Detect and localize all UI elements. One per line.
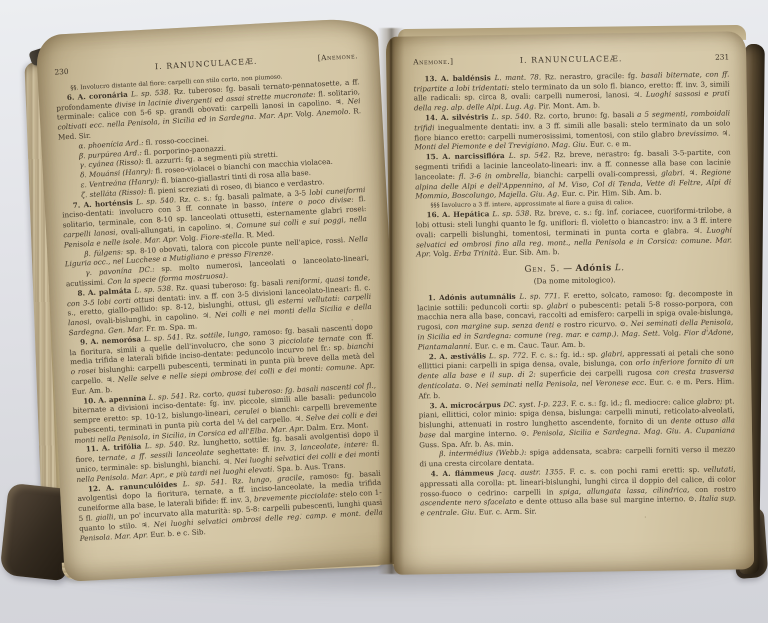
book-gutter: [378, 28, 404, 574]
right-page-content: Anemone.] I. RANUNCULACEÆ. 231 13. A. ba…: [413, 52, 737, 568]
gutter-crack: [390, 39, 392, 563]
right-page: Anemone.] I. RANUNCULACEÆ. 231 13. A. ba…: [386, 31, 754, 575]
paragraph-species: 3. A. microcárpus DC. syst. I-p. 223. F.…: [419, 396, 736, 450]
paragraph-species: 13. A. baldénsis L. mant. 78. Rz. nerast…: [413, 69, 730, 113]
left-paragraphs: §§. Involucro distante dal fiore: carpel…: [55, 68, 383, 543]
right-paragraphs: 13. A. baldénsis L. mant. 78. Rz. nerast…: [413, 69, 736, 518]
right-page-number: 231: [622, 52, 729, 63]
right-header-title: I. RANUNCULACEÆ.: [520, 54, 623, 65]
printers-signature-mark: [421, 484, 430, 488]
paragraph-species: 14. A. silvéstris L. sp. 540. Rz. corto,…: [414, 108, 731, 152]
left-page-content: 230 I. RANUNCULACEÆ. [Anemone. §§. Invol…: [54, 51, 385, 575]
paragraph-species: 16. A. Hepática L. sp. 538. Rz. breve, c…: [416, 206, 733, 260]
left-page: 230 I. RANUNCULACEÆ. [Anemone. §§. Invol…: [35, 17, 406, 582]
paragraph-species: 15. A. narcissiflóra L. sp. 542. Rz. bre…: [415, 148, 732, 202]
right-header-keyword: Anemone.]: [413, 56, 520, 67]
paragraph-species: 2. A. æstivális L. sp. 772. F. c. s.: fg…: [418, 347, 735, 401]
paragraph-species: 4. A. flámmeus Jacq. austr. 1355. F. c. …: [420, 464, 737, 518]
paragraph-species: 1. Adónis autumnális L. sp. 771. F. eret…: [417, 288, 734, 352]
book-photo: 230 I. RANUNCULACEÆ. [Anemone. §§. Invol…: [0, 0, 768, 623]
